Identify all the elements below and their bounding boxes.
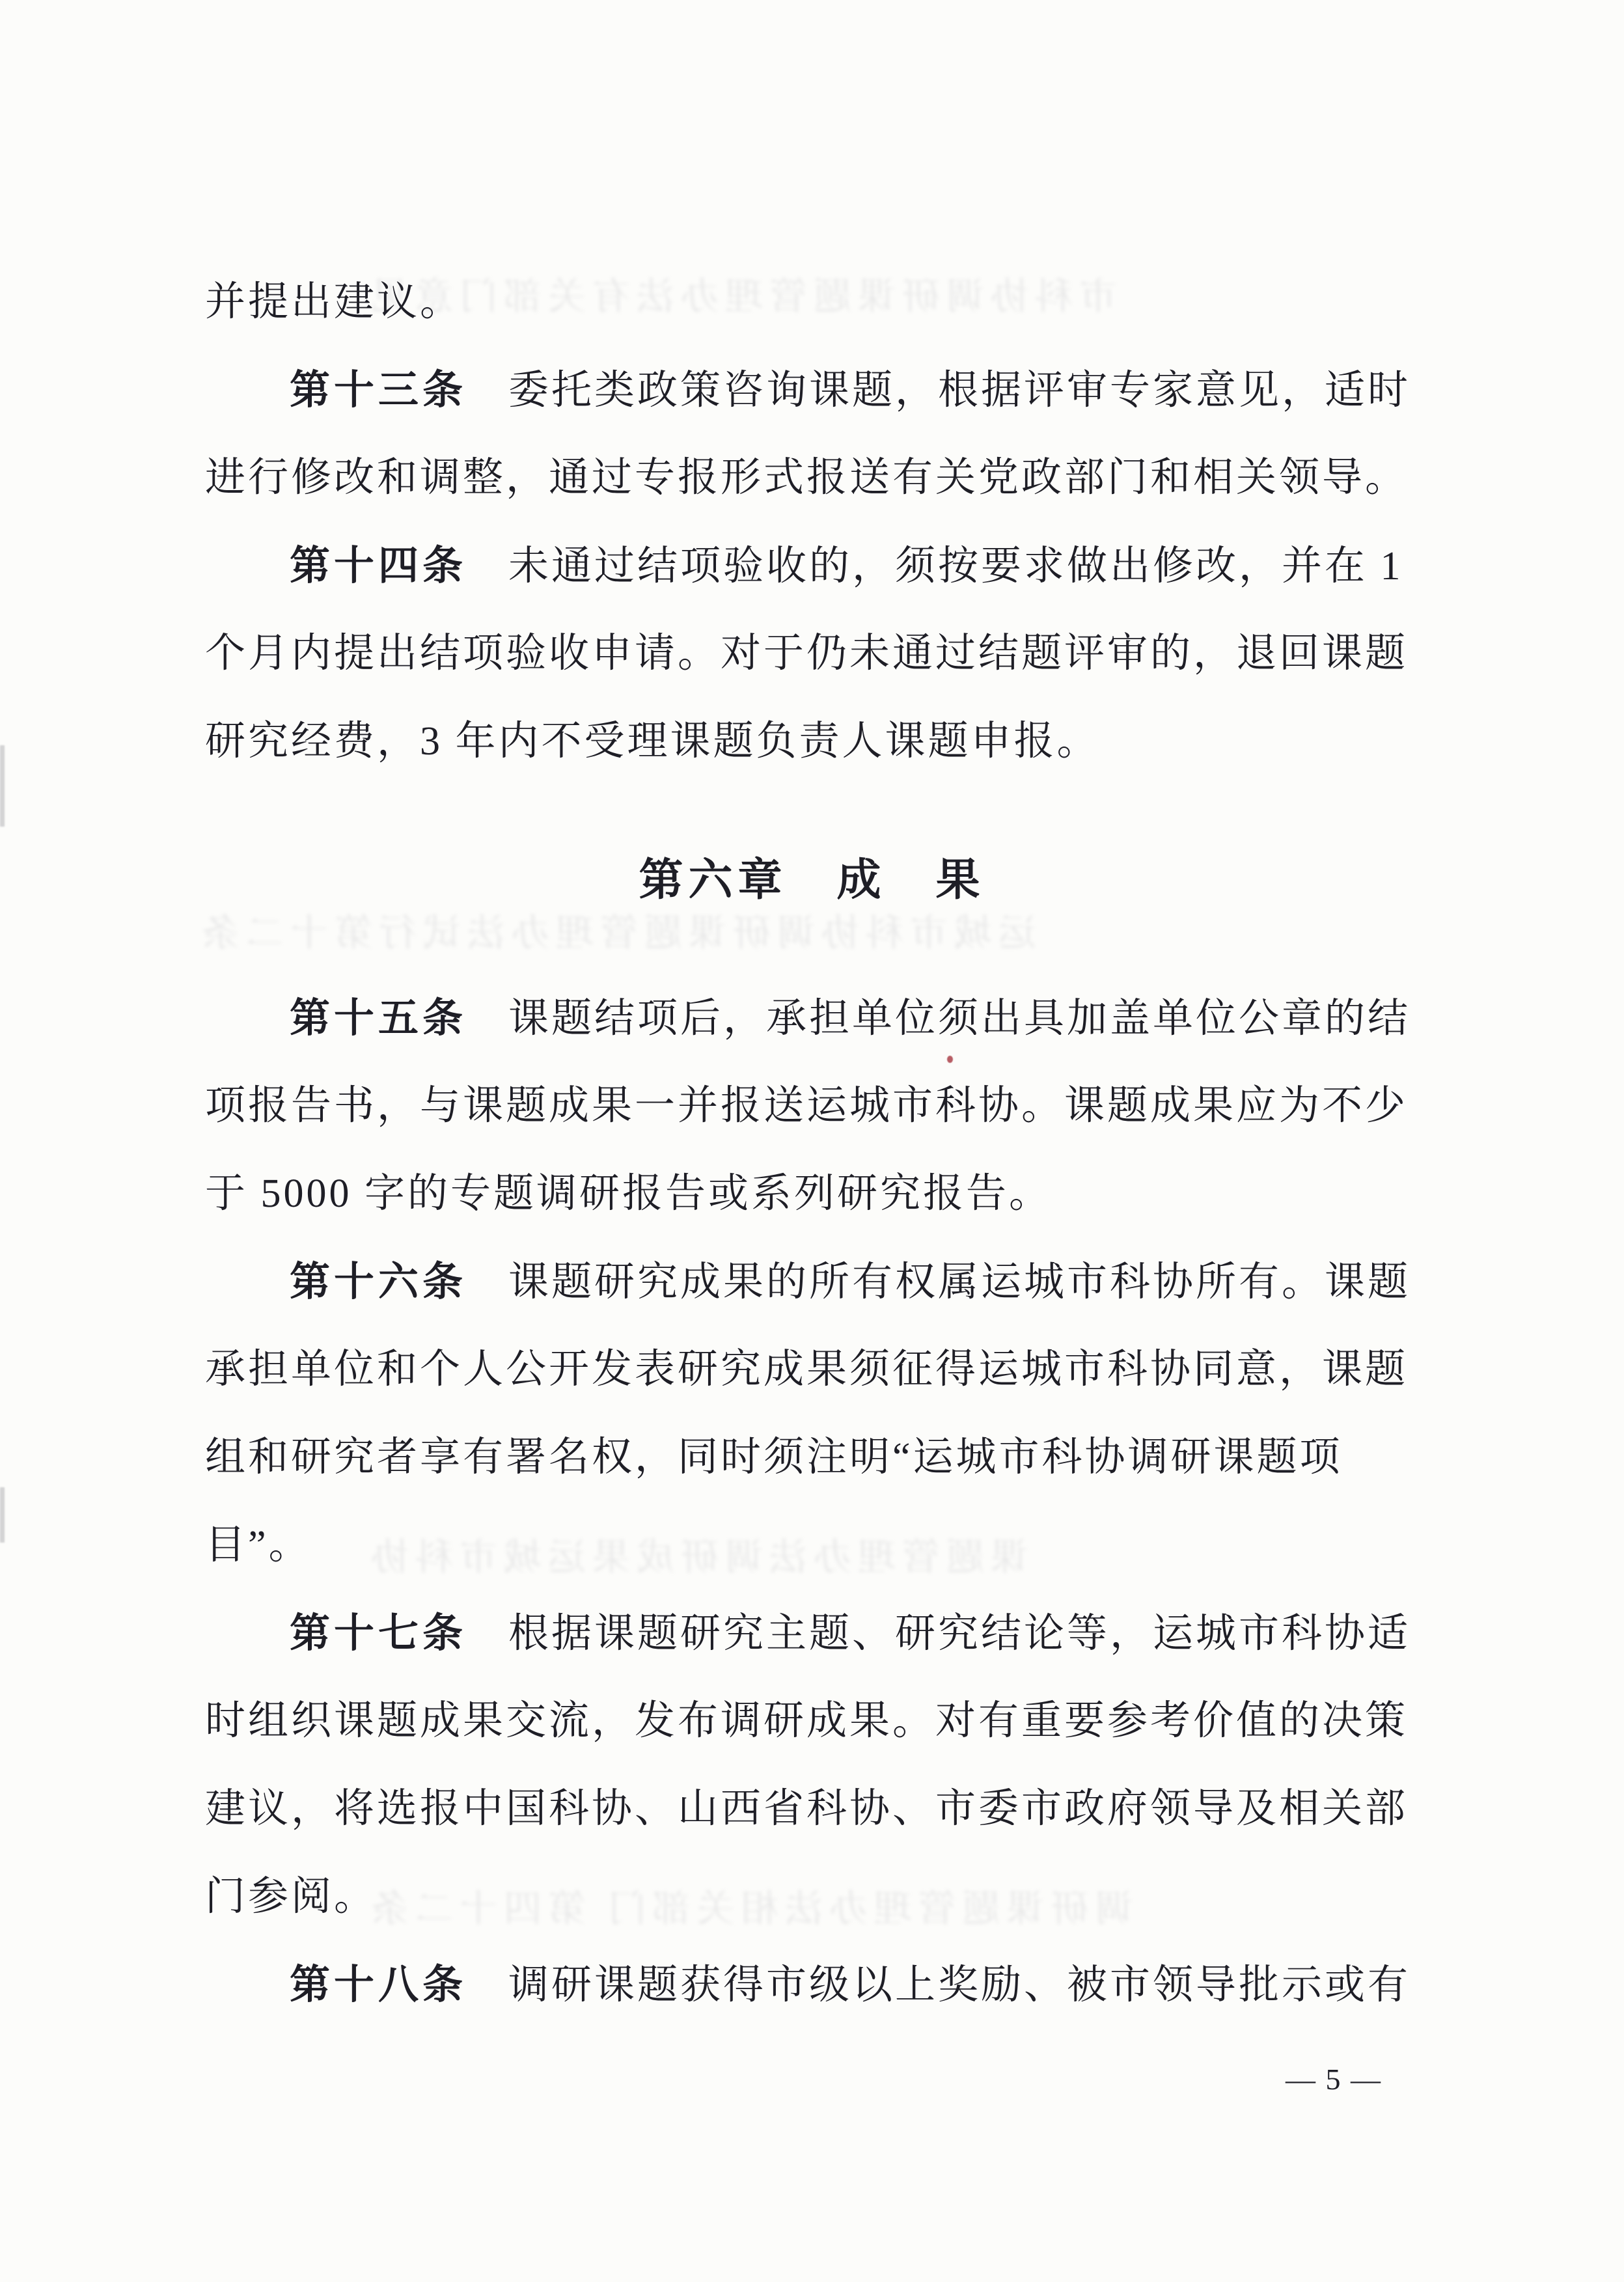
page-number: — 5 — bbox=[1286, 2062, 1382, 2096]
bleedthrough-artifact: 运城市科协调研课题管理办法试行第十二条 bbox=[195, 902, 1036, 957]
line-text: 组和研究者享有署名权，同时须注明“运城市科协调研课题项 bbox=[205, 1435, 1343, 1479]
text-line: 承担单位和个人公开发表研究成果须征得运城市科协同意，课题 bbox=[205, 1346, 1481, 1394]
article-number: 第十五条 bbox=[290, 996, 467, 1041]
line-text: 未通过结项验收的，须按要求做出修改，并在 1 bbox=[508, 544, 1403, 588]
article-number: 第十八条 bbox=[290, 1962, 467, 2007]
line-text: 目”。 bbox=[205, 1523, 312, 1567]
text-line: 研究经费，3 年内不受理课题负责人课题申报。 bbox=[205, 718, 1481, 765]
text-line: 第十六条课题研究成果的所有权属运城市科协所有。课题 bbox=[290, 1258, 1481, 1306]
line-text: 课题研究成果的所有权属运城市科协所有。课题 bbox=[508, 1260, 1411, 1304]
line-text: 门参阅。 bbox=[205, 1875, 377, 1919]
text-line: 第十七条根据课题研究主题、研究结论等，运城市科协适 bbox=[290, 1610, 1481, 1658]
document-page: 并提出建议。第十三条委托类政策咨询课题，根据评审专家意见，适时进行修改和调整，通… bbox=[0, 0, 1624, 2282]
chapter-heading: 第六章 成 果 bbox=[205, 845, 1419, 908]
text-line: 进行修改和调整，通过专报形式报送有关党政部门和相关领导。 bbox=[205, 454, 1481, 502]
text-line: 于 5000 字的专题调研报告或系列研究报告。 bbox=[205, 1170, 1481, 1218]
line-text: 承担单位和个人公开发表研究成果须征得运城市科协同意，课题 bbox=[205, 1347, 1408, 1392]
line-text: 委托类政策咨询课题，根据评审专家意见，适时 bbox=[508, 368, 1411, 413]
article-number: 第十三条 bbox=[290, 368, 467, 413]
text-line: 第十三条委托类政策咨询课题，根据评审专家意见，适时 bbox=[290, 366, 1481, 415]
text-line: 第十八条调研课题获得市级以上奖励、被市领导批示或有 bbox=[290, 1961, 1481, 2009]
article-number: 第十七条 bbox=[290, 1611, 467, 1656]
text-line: 第十四条未通过结项验收的，须按要求做出修改，并在 1 bbox=[290, 542, 1481, 590]
line-text: 调研课题获得市级以上奖励、被市领导批示或有 bbox=[508, 1963, 1411, 2007]
line-text: 项报告书，与课题成果一并报送运城市科协。课题成果应为不少 bbox=[205, 1084, 1408, 1128]
line-text: 时组织课题成果交流，发布调研成果。对有重要参考价值的决策 bbox=[205, 1699, 1408, 1743]
line-text: 建议，将选报中国科协、山西省科协、市委市政府领导及相关部 bbox=[205, 1787, 1408, 1831]
line-text: 于 5000 字的专题调研报告或系列研究报告。 bbox=[205, 1172, 1052, 1216]
line-text: 个月内提出结项验收申请。对于仍未通过结题评审的，退回课题 bbox=[205, 631, 1408, 676]
text-line: 并提出建议。 bbox=[205, 279, 1481, 326]
line-text: 研究经费，3 年内不受理课题负责人课题申报。 bbox=[205, 719, 1100, 763]
text-line: 项报告书，与课题成果一并报送运城市科协。课题成果应为不少 bbox=[205, 1082, 1481, 1130]
scan-edge-smudge bbox=[0, 745, 5, 827]
article-number: 第十六条 bbox=[290, 1259, 467, 1304]
line-text: 并提出建议。 bbox=[205, 280, 463, 324]
red-ink-speck bbox=[947, 1056, 953, 1063]
scan-edge-smudge bbox=[0, 1487, 5, 1543]
text-line: 建议，将选报中国科协、山西省科协、市委市政府领导及相关部 bbox=[205, 1785, 1481, 1833]
text-line: 时组织课题成果交流，发布调研成果。对有重要参考价值的决策 bbox=[205, 1698, 1481, 1745]
article-number: 第十四条 bbox=[290, 543, 467, 588]
text-line: 门参阅。 bbox=[205, 1873, 1481, 1921]
line-text: 课题结项后，承担单位须出具加盖单位公章的结 bbox=[508, 997, 1411, 1041]
text-line: 个月内提出结项验收申请。对于仍未通过结题评审的，退回课题 bbox=[205, 630, 1481, 678]
text-line: 第十五条课题结项后，承担单位须出具加盖单位公章的结 bbox=[290, 995, 1481, 1043]
line-text: 进行修改和调整，通过专报形式报送有关党政部门和相关领导。 bbox=[205, 456, 1408, 500]
text-line: 目”。 bbox=[205, 1522, 1481, 1569]
line-text: 根据课题研究主题、研究结论等，运城市科协适 bbox=[508, 1612, 1411, 1656]
text-line: 组和研究者享有署名权，同时须注明“运城市科协调研课题项 bbox=[205, 1434, 1481, 1481]
